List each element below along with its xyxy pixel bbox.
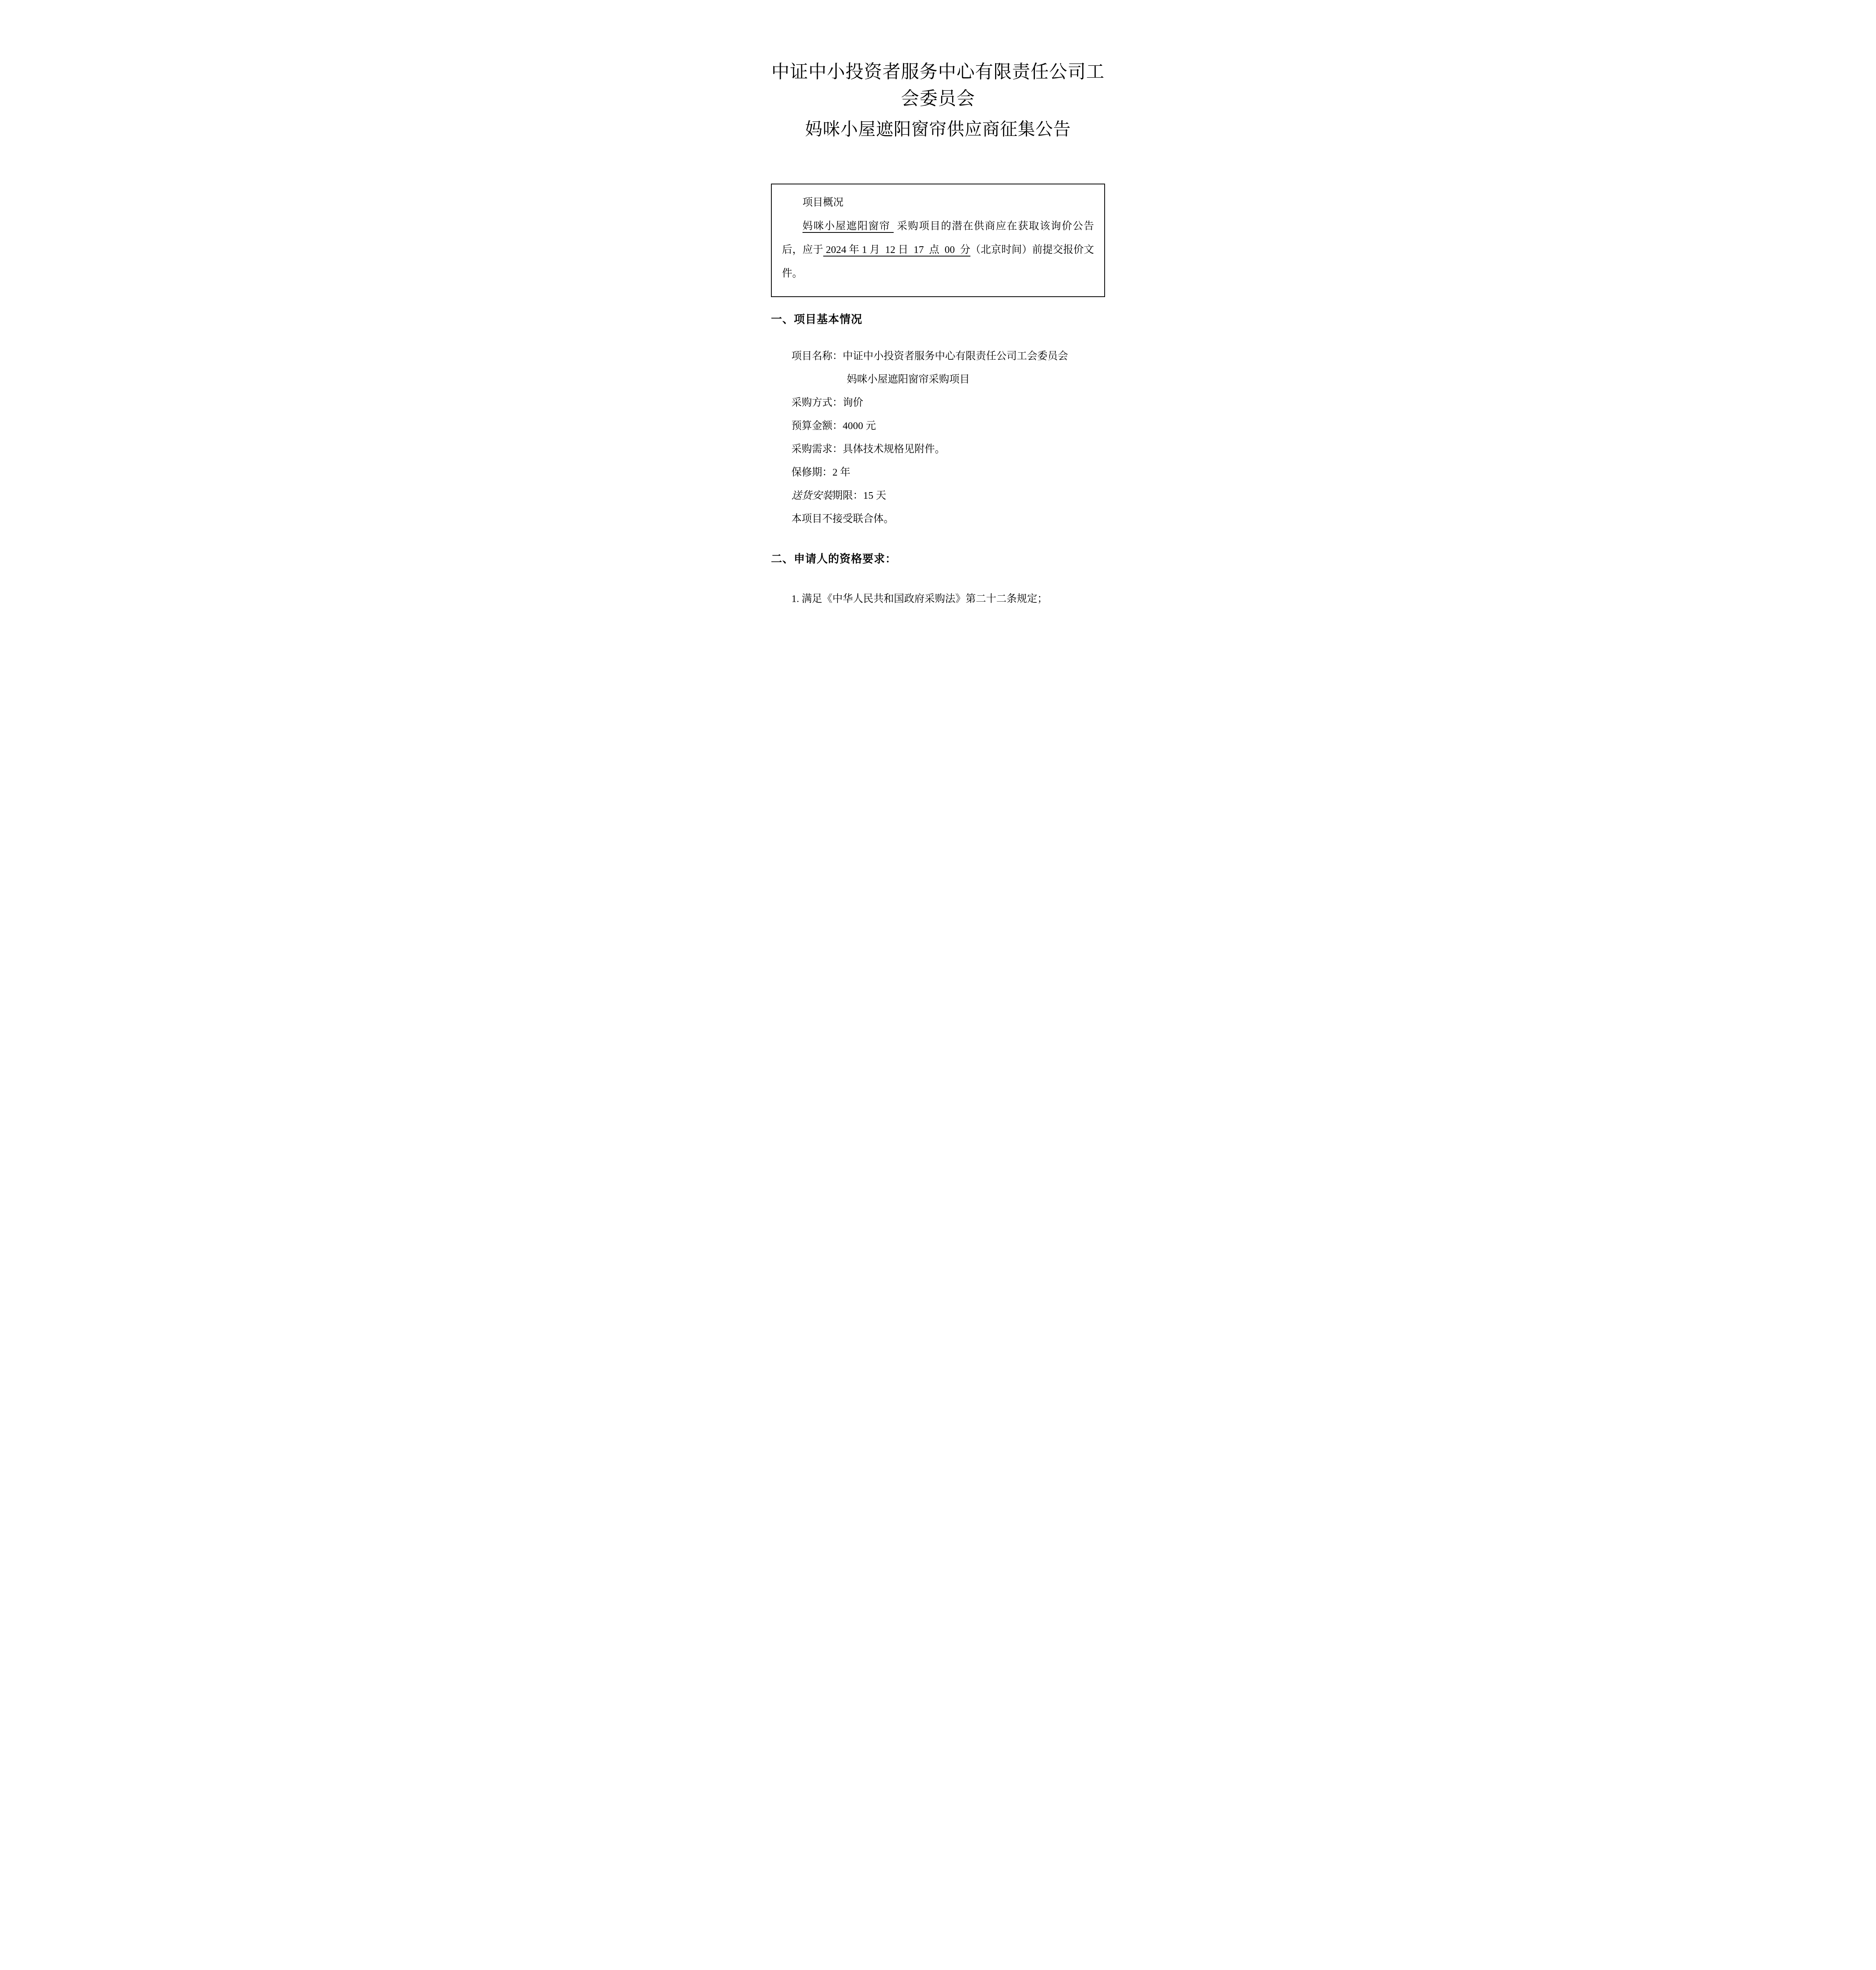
field-line: 项目名称：中证中小投资者服务中心有限责任公司工会委员会 [771,344,1105,368]
field-line: 采购方式：询价 [771,391,1105,414]
text-segment: 妈咪小屋遮阳窗帘 [802,220,894,232]
section-1-heading: 一、项目基本情况 [771,311,1105,328]
document-title-line-2: 会委员会 [704,85,1173,112]
text-segment: 保修期：2 年 [791,466,851,478]
text-segment: 期限：15 天 [832,490,886,501]
text-segment: 1. 满足《中华人民共和国政府采购法》第二十二条规定； [791,593,1048,604]
field-line: 采购需求：具体技术规格见附件。 [771,437,1105,461]
text-segment: 本项目不接受联合体。 [791,513,894,524]
field-line: 预算金额：4000 元 [771,414,1105,437]
text-segment: 妈咪小屋遮阳窗帘采购项目 [847,374,970,385]
overview-paragraph: 妈咪小屋遮阳窗帘 采购项目的潜在供商应在获取该询价公告后，应于 2024 年 1… [782,214,1094,285]
document-subtitle: 妈咪小屋遮阳窗帘供应商征集公告 [704,117,1173,142]
field-line: 送货安装期限：15 天 [771,484,1105,507]
document-title: 中证中小投资者服务中心有限责任公司工 会委员会 [704,0,1173,112]
text-segment: 采购方式：询价 [791,397,863,408]
field-line: 保修期：2 年 [771,461,1105,484]
text-segment: 采购需求：具体技术规格见附件。 [791,443,945,455]
overview-heading: 项目概况 [782,191,1094,214]
text-segment: 送货安装 [791,490,832,501]
document-page: 中证中小投资者服务中心有限责任公司工 会委员会 妈咪小屋遮阳窗帘供应商征集公告 … [704,0,1173,663]
text-segment: 2024 年 1 月 12 日 17 点 00 分 [823,244,971,255]
field-line: 本项目不接受联合体。 [771,507,1105,530]
section-2-items: 1. 满足《中华人民共和国政府采购法》第二十二条规定； [771,587,1105,610]
section-2-heading: 二、申请人的资格要求： [771,551,1105,567]
document-title-line-1: 中证中小投资者服务中心有限责任公司工 [704,58,1173,85]
project-overview-box: 项目概况 妈咪小屋遮阳窗帘 采购项目的潜在供商应在获取该询价公告后，应于 202… [771,184,1105,297]
section-1-fields: 项目名称：中证中小投资者服务中心有限责任公司工会委员会妈咪小屋遮阳窗帘采购项目采… [771,344,1105,530]
requirement-item: 1. 满足《中华人民共和国政府采购法》第二十二条规定； [771,587,1105,610]
text-segment: 预算金额：4000 元 [791,420,876,431]
text-segment: 项目名称：中证中小投资者服务中心有限责任公司工会委员会 [791,350,1068,362]
field-line: 妈咪小屋遮阳窗帘采购项目 [771,368,1105,391]
